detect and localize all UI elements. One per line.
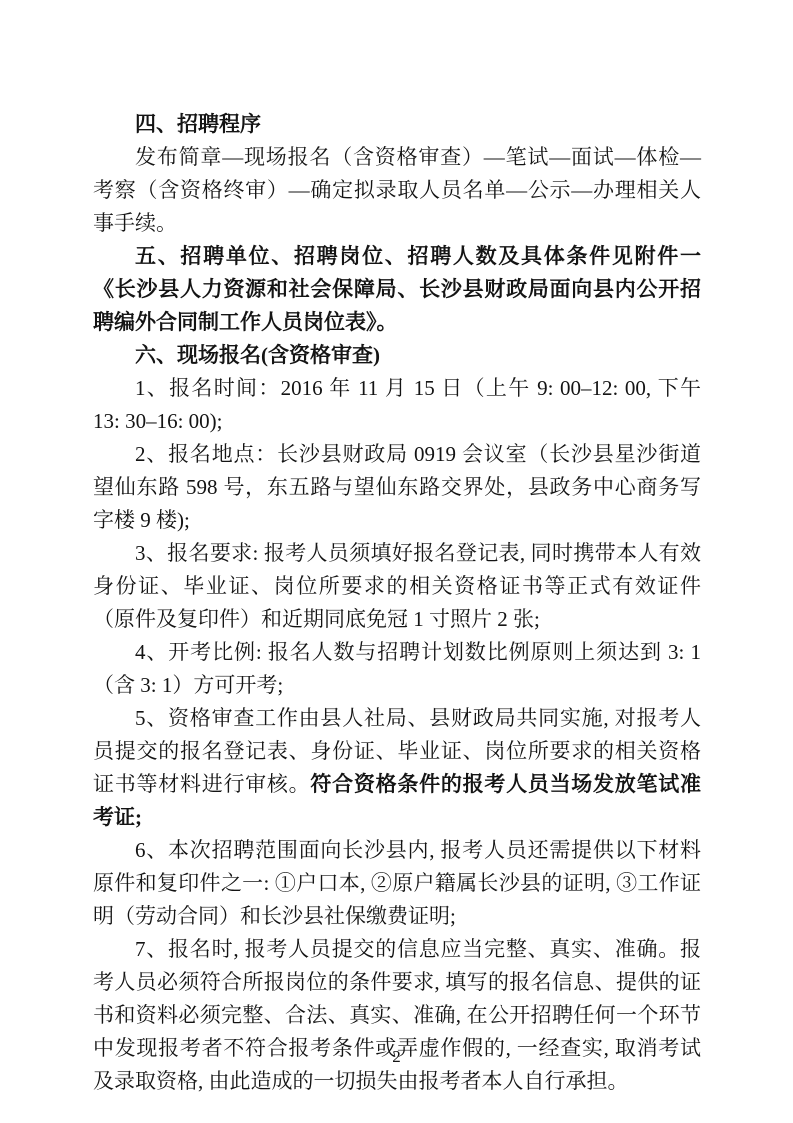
item-registration-location: 2、报名地点：长沙县财政局 0919 会议室（长沙县星沙街道望仙东路 598 号… <box>93 438 701 537</box>
item-qualification-review: 5、资格审查工作由县人社局、县财政局共同实施, 对报考人员提交的报名登记表、身份… <box>93 702 701 834</box>
document-body: 四、招聘程序 发布简章—现场报名（含资格审查）—笔试—面试—体检—考察（含资格终… <box>93 108 701 1098</box>
page-footer: 2 <box>0 1047 793 1067</box>
section4-heading-recruitment-procedure: 四、招聘程序 <box>93 108 701 141</box>
document-page: 四、招聘程序 发布简章—现场报名（含资格审查）—笔试—面试—体检—考察（含资格终… <box>0 0 793 1123</box>
paragraph-procedure-flow: 发布简章—现场报名（含资格审查）—笔试—面试—体检—考察（含资格终审）—确定拟录… <box>93 141 701 240</box>
item-information-accuracy: 7、报名时, 报考人员提交的信息应当完整、真实、准确。报考人员必须符合所报岗位的… <box>93 933 701 1098</box>
page-number: 2 <box>392 1047 401 1066</box>
item-registration-requirements: 3、报名要求: 报考人员须填好报名登记表, 同时携带本人有效身份证、毕业证、岗位… <box>93 537 701 636</box>
item-local-scope-materials: 6、本次招聘范围面向长沙县内, 报考人员还需提供以下材料原件和复印件之一: ①户… <box>93 834 701 933</box>
item-exam-opening-ratio: 4、开考比例: 报名人数与招聘计划数比例原则上须达到 3: 1（含 3: 1）方… <box>93 636 701 702</box>
section5-paragraph-positions-attachment: 五、招聘单位、招聘岗位、招聘人数及具体条件见附件一《长沙县人力资源和社会保障局、… <box>93 240 701 339</box>
item-registration-time: 1、报名时间：2016 年 11 月 15 日（上午 9: 00–12: 00,… <box>93 372 701 438</box>
section6-heading-onsite-registration: 六、现场报名(含资格审查) <box>93 339 701 372</box>
